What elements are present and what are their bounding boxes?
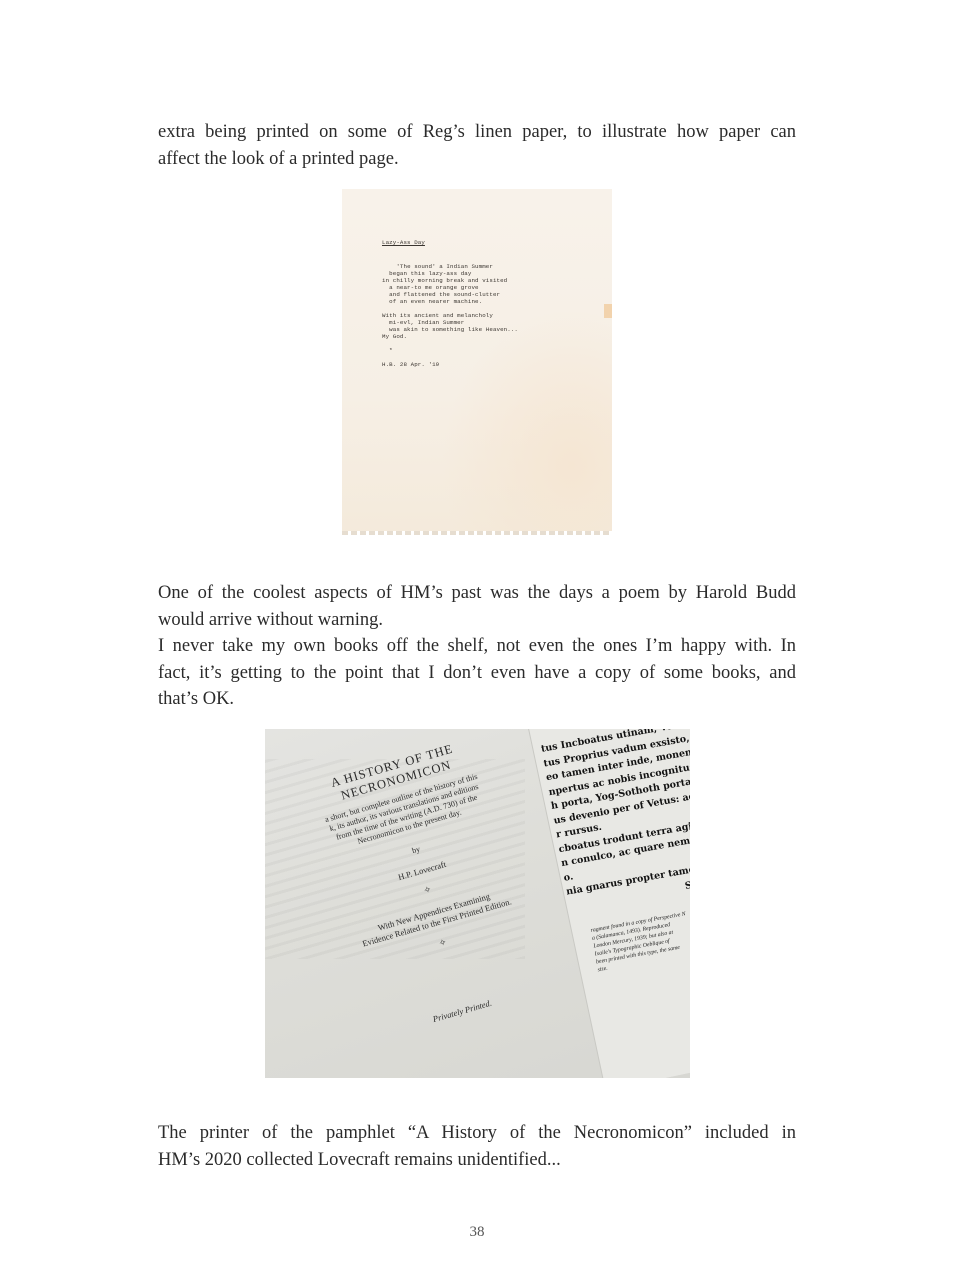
poem-line: 'The sound' a Indian Summer [396,263,493,270]
poem-line: began this lazy-ass day [382,270,471,277]
poem-line: was akin to something like Heaven... [382,326,518,333]
poem-line: of an even nearer machine. [382,298,482,305]
poem-line: and flattened the sound-clutter [382,291,500,298]
poem-line: My God. [382,333,407,340]
necronomicon-pamphlet-photo: A HISTORY OF THE NECRONOMICON a short, b… [265,729,690,1078]
paragraph-pamphlet-printer: The printer of the pamphlet “A History o… [158,1120,796,1173]
paper-stain [604,304,612,318]
page-number: 38 [0,1224,954,1241]
text-line: I never take my own books off the shelf,… [158,633,796,660]
poem-line: With its ancient and melancholy [382,312,493,319]
poem-line: mi-evl, Indian Summer [382,319,464,326]
pamphlet-imprint: Privately Printed. [321,966,603,1056]
paragraph-harold-budd: One of the coolest aspects of HM’s past … [158,580,796,713]
text-line: The printer of the pamphlet “A History o… [158,1120,796,1147]
text-line: would arrive without warning. [158,607,796,634]
text-line: extra being printed on some of Reg’s lin… [158,119,796,146]
poem-line: a near-to me orange grove [382,284,479,291]
typed-poem: Lazy-Ass Day 'The sound' a Indian Summer… [382,225,518,375]
text-line: One of the coolest aspects of HM’s past … [158,580,796,607]
poem-signature: H.B. 28 Apr. '19 [382,361,439,368]
text-line: fact, it’s getting to the point that I d… [158,660,796,687]
typed-poem-photo: Lazy-Ass Day 'The sound' a Indian Summer… [342,189,612,535]
poem-title: Lazy-Ass Day [382,239,518,246]
text-line: that’s OK. [158,686,796,713]
poem-mark: * [389,347,393,354]
text-line: affect the look of a printed page. [158,146,796,173]
text-line: HM’s 2020 collected Lovecraft remains un… [158,1147,796,1174]
paragraph-paper-illustration: extra being printed on some of Reg’s lin… [158,119,796,172]
poem-line: in chilly morning break and visited [382,277,507,284]
